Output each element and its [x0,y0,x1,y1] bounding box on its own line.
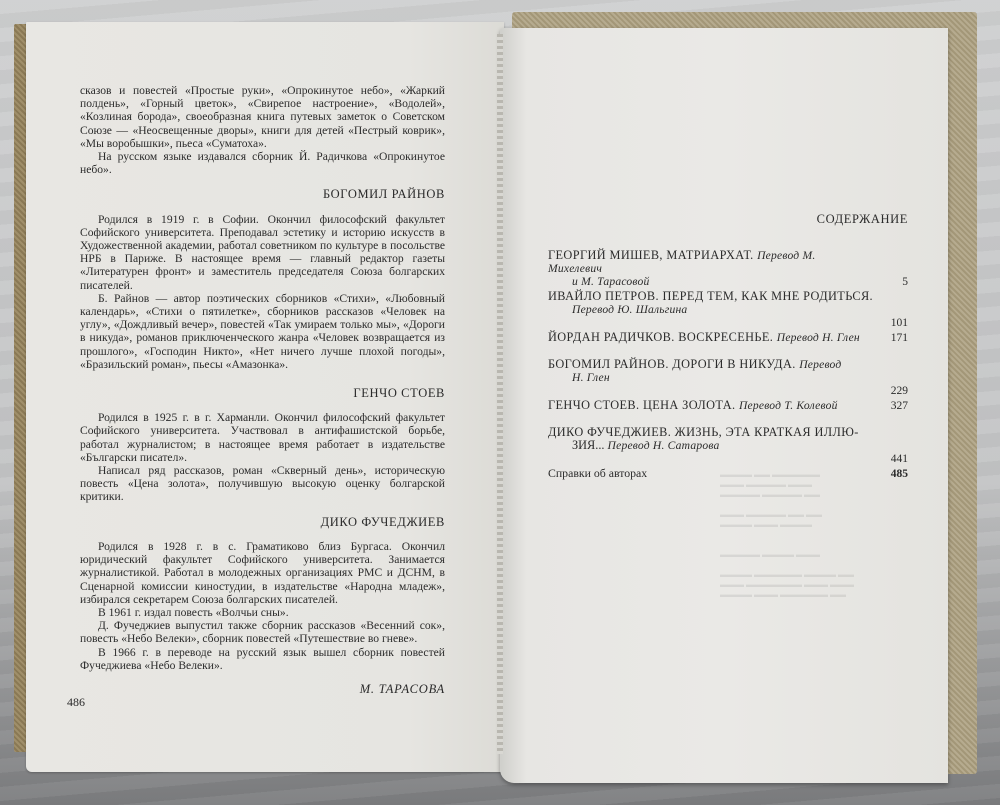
toc-entry: ЙОРДАН РАДИЧКОВ. ВОСКРЕСЕНЬЕ. Перевод Н.… [548,331,908,348]
toc-entry-translator: Перевод [799,358,841,371]
toc-entry-title: ЙОРДАН РАДИЧКОВ. ВОСКРЕСЕНЬЕ. [548,330,773,344]
author-heading-fuchedzhiev: ДИКО ФУЧЕДЖИЕВ [80,516,445,529]
book-gutter [497,34,503,754]
paragraph: Написал ряд рассказов, роман «Скверный д… [80,464,445,504]
toc-entry-translator: Перевод Т. Колевой [739,399,838,412]
toc-entry-title: Справки об авторах [548,466,647,480]
paragraph: На русском языке издавался сборник Й. Ра… [80,150,445,176]
toc-entry-page: 5 [902,276,908,289]
toc-entry: ДИКО ФУЧЕДЖИЕВ. ЖИЗНЬ, ЭТА КРАТКАЯ ИЛЛЮ-… [548,426,908,461]
toc-entry-translator-continued: и М. Тарасовой [548,275,908,288]
toc-entry-translator: Перевод Н. Сатарова [608,439,720,452]
paragraph: Б. Райнов — автор поэтических сборников … [80,292,445,371]
toc-entry: ГЕНЧО СТОЕВ. ЦЕНА ЗОЛОТА. Перевод Т. Кол… [548,399,908,416]
paragraph: В 1961 г. издал повесть «Волчьи сны». [80,606,445,619]
toc-entry: ИВАЙЛО ПЕТРОВ. ПЕРЕД ТЕМ, КАК МНЕ РОДИТЬ… [548,290,908,325]
toc-entry-title: ИВАЙЛО ПЕТРОВ. ПЕРЕД ТЕМ, КАК МНЕ РОДИТЬ… [548,289,873,303]
toc-entry-title: ГЕОРГИЙ МИШЕВ, МАТРИАРХАТ. [548,248,754,262]
toc-entry-title-continued: ЗИЯ... [572,438,604,452]
toc-entry-title: БОГОМИЛ РАЙНОВ. ДОРОГИ В НИКУДА. [548,357,796,371]
toc-title: СОДЕРЖАНИЕ [548,212,908,227]
author-notes-column: сказов и повестей «Простые руки», «Опрок… [80,84,445,696]
toc-entry-page: 229 [891,385,908,398]
table-of-contents: СОДЕРЖАНИЕ ГЕОРГИЙ МИШЕВ, МАТРИАРХАТ. Пе… [548,212,908,494]
paragraph: Родился в 1919 г. в Софии. Окончил филос… [80,213,445,292]
toc-entry-title: ДИКО ФУЧЕДЖИЕВ. ЖИЗНЬ, ЭТА КРАТКАЯ ИЛЛЮ- [548,425,859,439]
author-heading-stoev: ГЕНЧО СТОЕВ [80,387,445,400]
toc-entry: БОГОМИЛ РАЙНОВ. ДОРОГИ В НИКУДА. Перевод… [548,358,908,393]
paragraph: Родился в 1925 г. в г. Харманли. Окончил… [80,411,445,464]
paragraph: сказов и повестей «Простые руки», «Опрок… [80,84,445,150]
page-number: 486 [67,695,85,710]
toc-entry-translator-continued: Н. Глен [548,371,908,384]
toc-entry: Справки об авторах 485 [548,467,908,484]
toc-entry-page: 171 [891,332,908,345]
paragraph: Д. Фучеджиев выпустил также сборник расс… [80,619,445,645]
toc-entry-title: ГЕНЧО СТОЕВ. ЦЕНА ЗОЛОТА. [548,398,735,412]
toc-entry-page: 327 [891,400,908,413]
paragraph: Родился в 1928 г. в с. Граматиково близ … [80,540,445,606]
toc-entry-page: 101 [891,317,908,330]
signature: М. ТАРАСОВА [80,683,445,696]
author-heading-rainov: БОГОМИЛ РАЙНОВ [80,188,445,201]
toc-entry-page: 441 [891,453,908,466]
toc-entry-translator: Перевод Н. Глен [777,331,860,344]
paragraph: В 1966 г. в переводе на русский язык выш… [80,646,445,672]
toc-entry-translator: Перевод Ю. Шальгина [548,303,908,316]
toc-entry-page: 485 [891,468,908,481]
toc-entry: ГЕОРГИЙ МИШЕВ, МАТРИАРХАТ. Перевод М. Ми… [548,249,908,284]
